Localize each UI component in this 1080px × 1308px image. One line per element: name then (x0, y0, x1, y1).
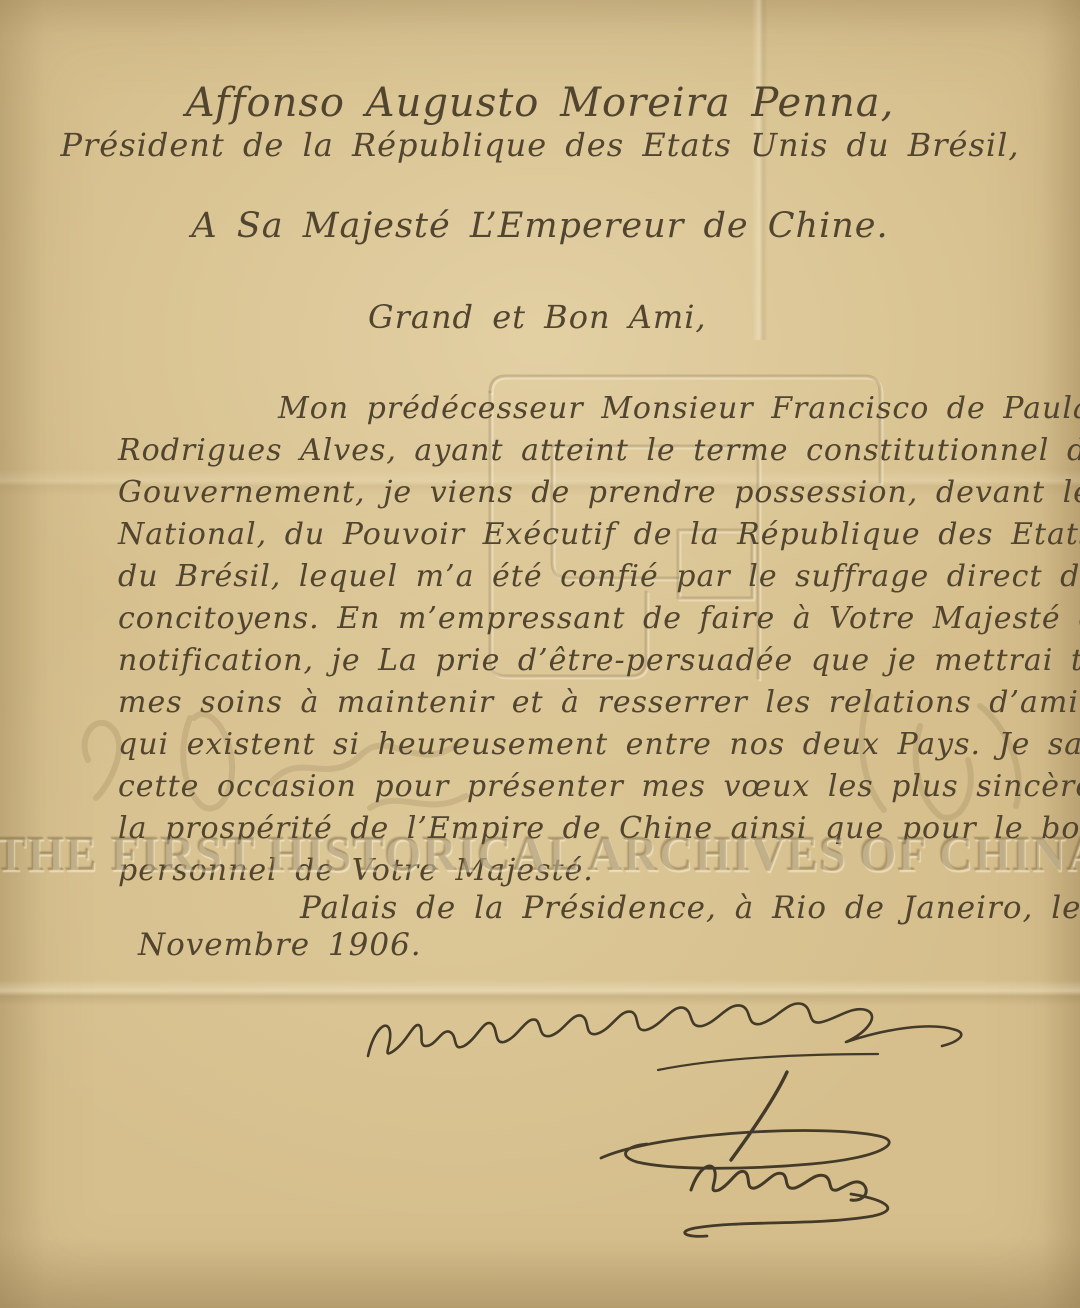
letter-heading-sender: Affonso Augusto Moreira Penna, (0, 80, 1080, 126)
letter-closing-date: Novembre 1906. (138, 927, 422, 963)
letter-line: Rodrigues Alves, ayant atteint le terme … (118, 430, 986, 472)
letter-line: qui existent si heureusement entre nos d… (118, 724, 986, 766)
letter-line: Gouvernement, je viens de prendre posses… (118, 472, 986, 514)
letter-line: concitoyens. En m’empressant de faire à … (118, 598, 986, 640)
letter-heading-title: Président de la République des Etats Uni… (0, 126, 1080, 164)
letter-line: notification, je La prie d’être-persuadé… (118, 640, 986, 682)
letter-line: mes soins à maintenir et à resserrer les… (118, 682, 986, 724)
letter-salutation: Grand et Bon Ami, (368, 298, 707, 336)
letter-line: du Brésil, lequel m’a été confié par le … (118, 556, 986, 598)
letter-heading-recipient: A Sa Majesté L’Empereur de Chine. (0, 206, 1080, 246)
letter-line: personnel de Votre Majesté. (118, 850, 986, 892)
letter-closing-place-date: Palais de la Présidence, à Rio de Janeir… (300, 890, 1080, 926)
signature-rio-branco (575, 1066, 925, 1246)
letter-line: National, du Pouvoir Exécutif de la Répu… (118, 514, 986, 556)
letter-line: cette occasion pour présenter mes vœux l… (118, 766, 986, 808)
letter-body: Mon prédécesseur Monsieur Francisco de P… (118, 388, 986, 892)
letter-line: la prospérité de l’Empire de Chine ainsi… (118, 808, 986, 850)
letter-line: Mon prédécesseur Monsieur Francisco de P… (118, 388, 986, 430)
